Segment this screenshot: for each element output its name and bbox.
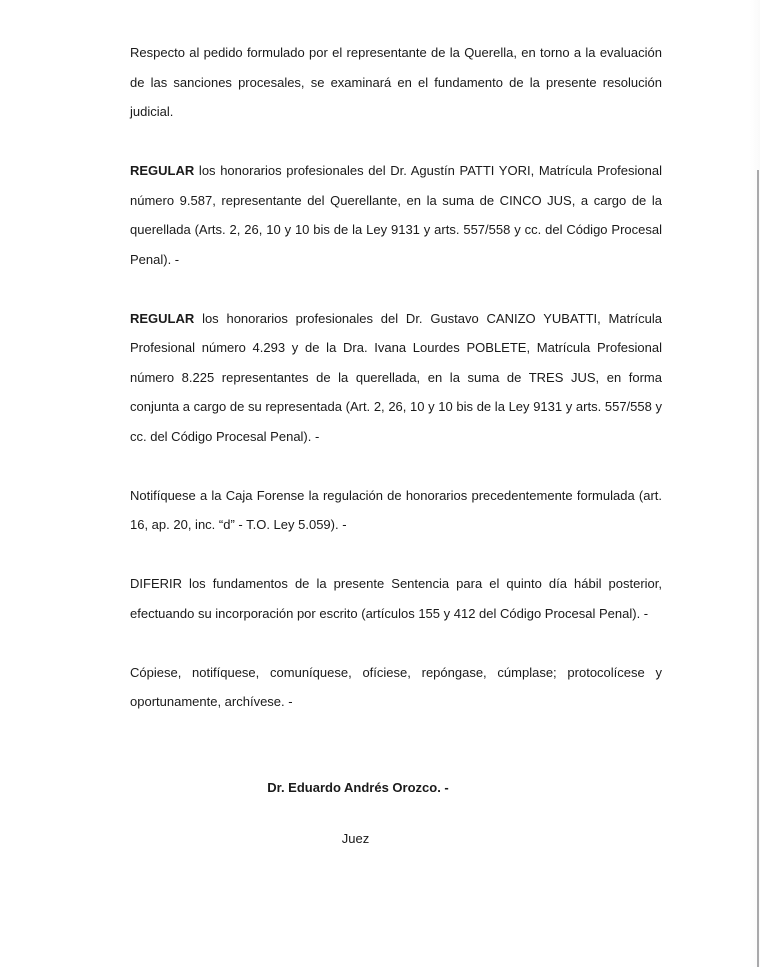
paragraph-text: DIFERIR los fundamentos de la presente S…	[130, 576, 662, 621]
paragraph-text: los honorarios profesionales del Dr. Gus…	[130, 311, 662, 444]
paragraph-text: Notifíquese a la Caja Forense la regulac…	[130, 488, 662, 533]
paragraph-lead: REGULAR	[130, 311, 194, 326]
paragraph-caja-forense: Notifíquese a la Caja Forense la regulac…	[130, 481, 662, 540]
page-edge-line	[757, 170, 759, 967]
signature-role: Juez	[0, 829, 711, 849]
paragraph-text: Cópiese, notifíquese, comuníquese, ofíci…	[130, 665, 662, 710]
paragraph-fees-canizo-poblete: REGULAR los honorarios profesionales del…	[130, 304, 662, 452]
paragraph-lead: REGULAR	[130, 163, 194, 178]
paragraph-fees-patti-yori: REGULAR los honorarios profesionales del…	[130, 156, 662, 274]
paragraph-querella-request: Respecto al pedido formulado por el repr…	[130, 38, 662, 127]
paragraph-text: los honorarios profesionales del Dr. Agu…	[130, 163, 662, 267]
signature-name: Dr. Eduardo Andrés Orozco. -	[0, 778, 716, 798]
document-body: Respecto al pedido formulado por el repr…	[130, 38, 662, 746]
paragraph-text: Respecto al pedido formulado por el repr…	[130, 45, 662, 119]
document-page: Respecto al pedido formulado por el repr…	[0, 0, 760, 967]
paragraph-diferir: DIFERIR los fundamentos de la presente S…	[130, 569, 662, 628]
paragraph-closing-orders: Cópiese, notifíquese, comuníquese, ofíci…	[130, 658, 662, 717]
